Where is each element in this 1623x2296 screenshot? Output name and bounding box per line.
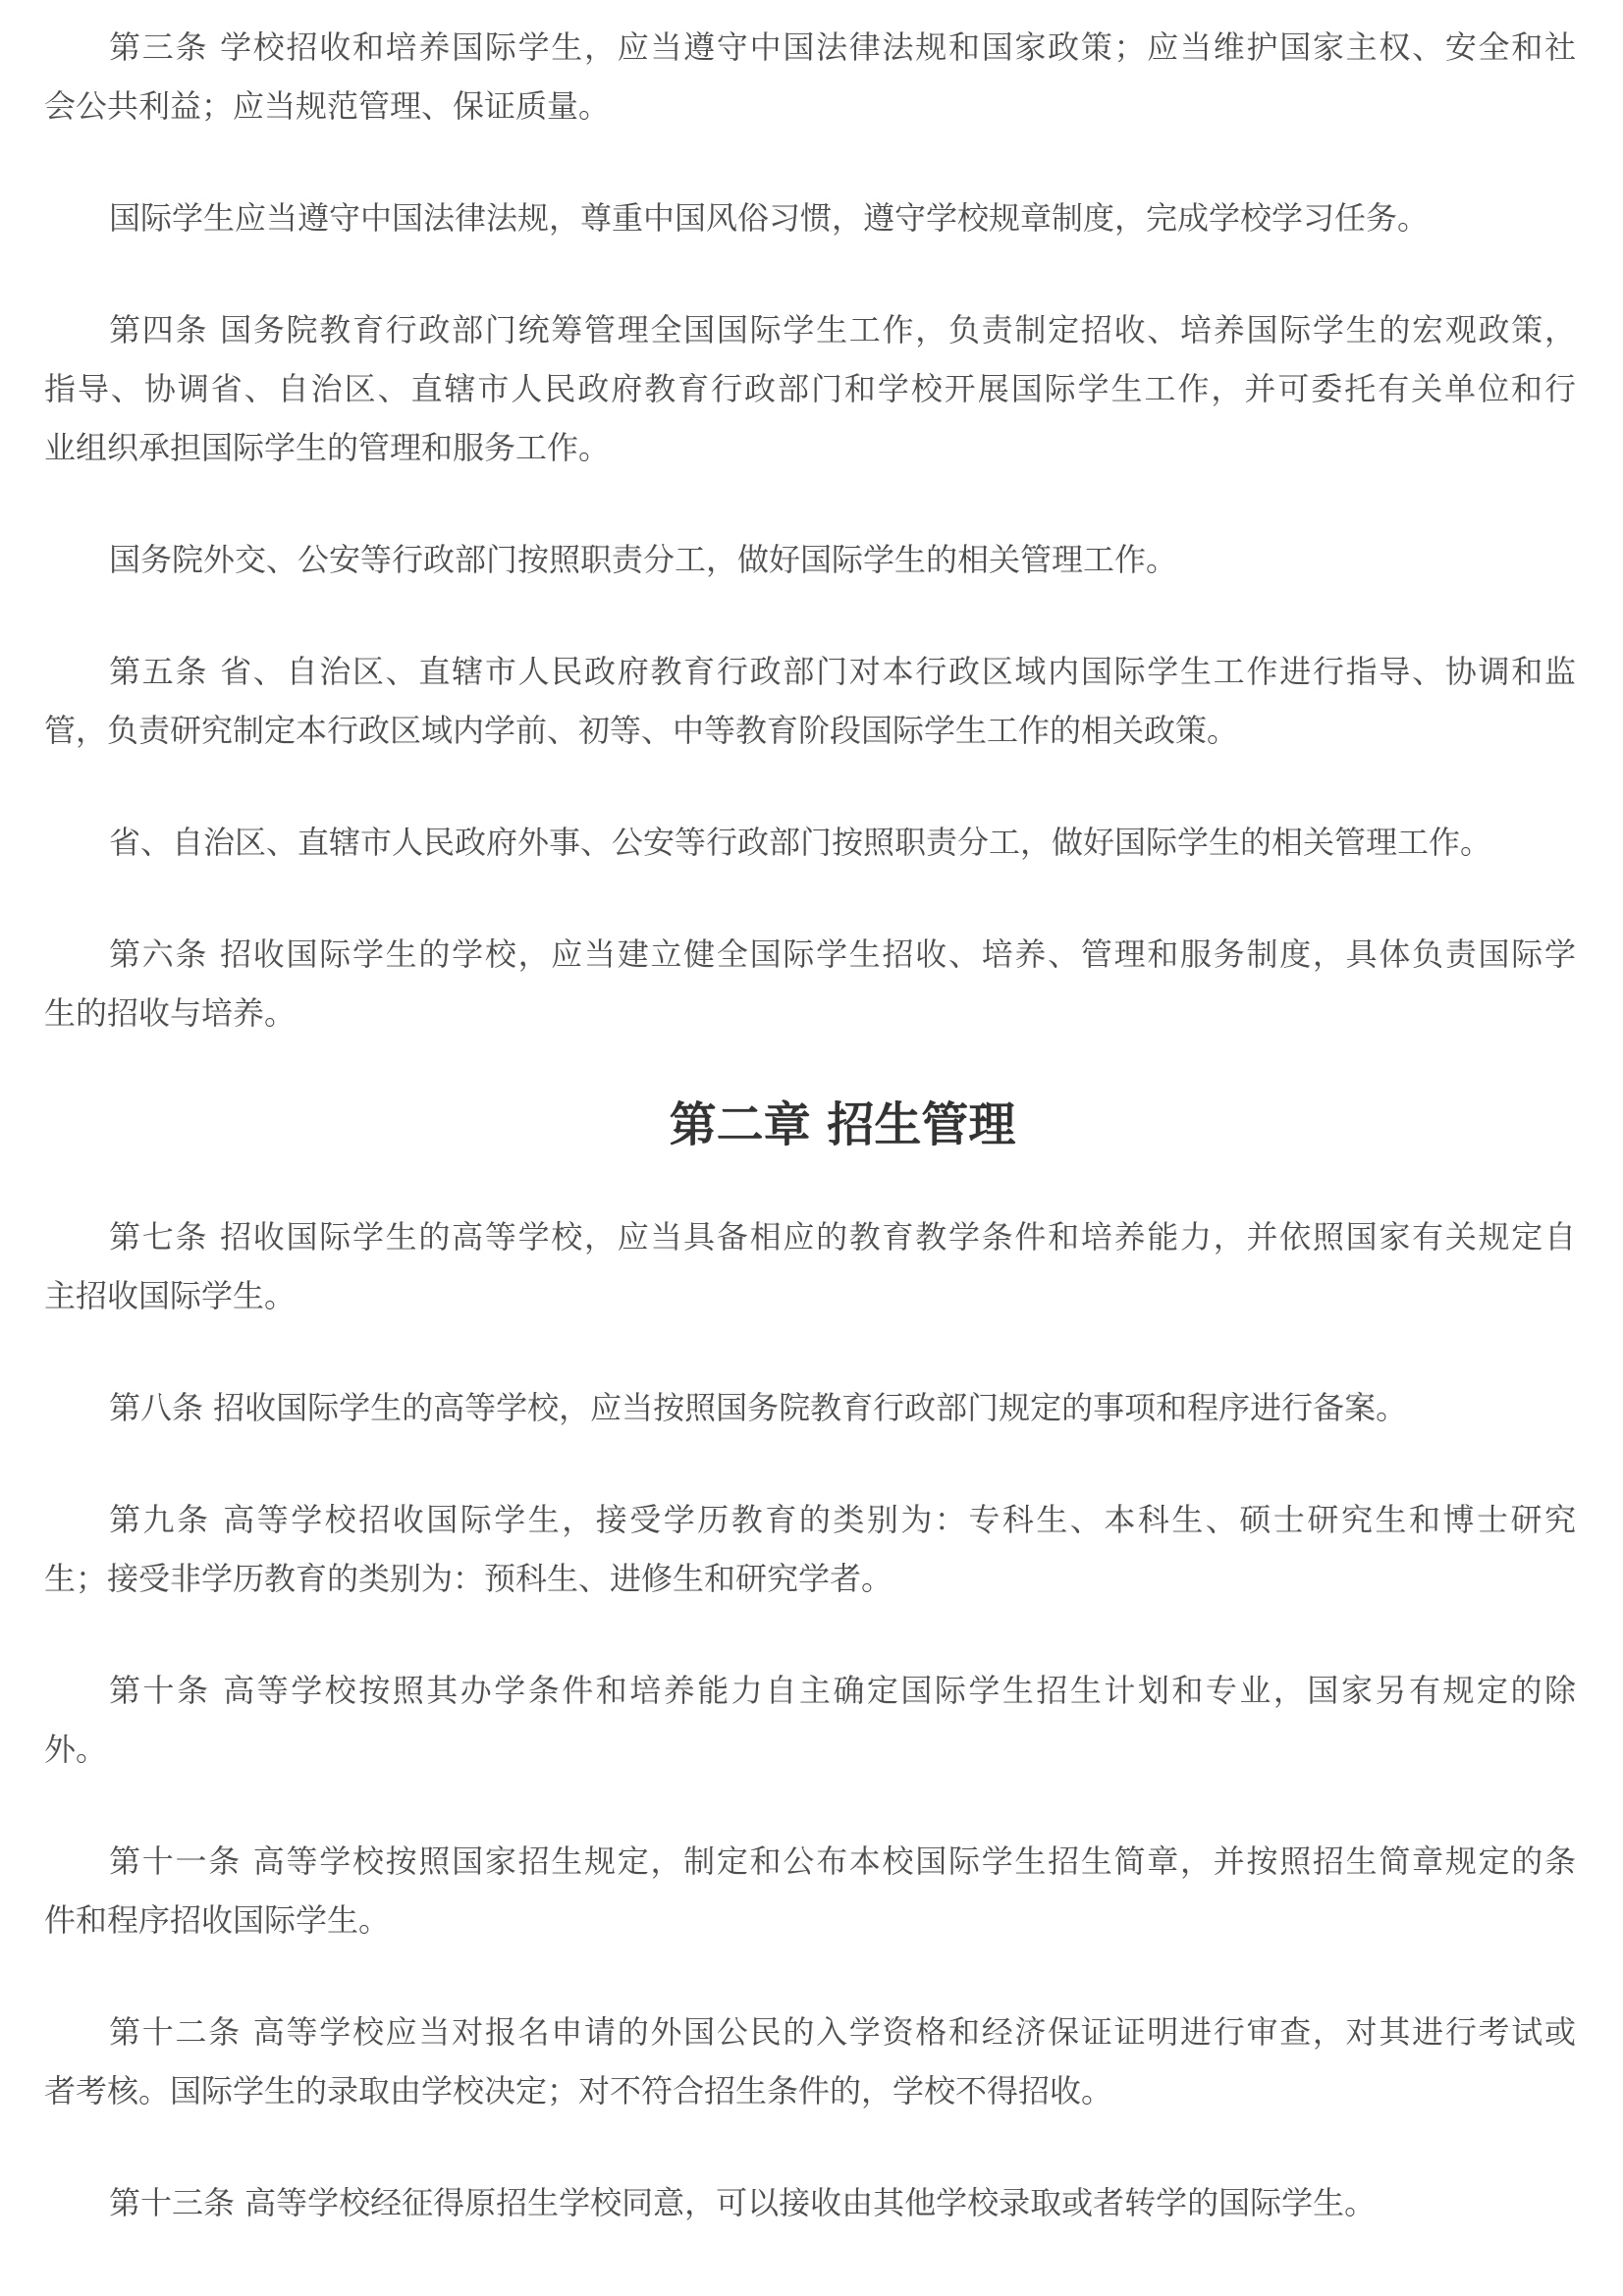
text-line: 第十三条 高等学校经征得原招生学校同意，可以接收由其他学校录取或者转学的国际学生…	[44, 2173, 1576, 2232]
article-8-paragraph: 第八条 招收国际学生的高等学校，应当按照国务院教育行政部门规定的事项和程序进行备…	[44, 1378, 1576, 1437]
text-line: 国际学生应当遵守中国法律法规，尊重中国风俗习惯，遵守学校规章制度，完成学校学习任…	[44, 188, 1576, 247]
text-line: 第六条 招收国际学生的学校，应当建立健全国际学生招收、培养、管理和服务制度，具体…	[44, 925, 1576, 984]
article-3-clause-2: 国际学生应当遵守中国法律法规，尊重中国风俗习惯，遵守学校规章制度，完成学校学习任…	[44, 188, 1576, 247]
text-line: 第八条 招收国际学生的高等学校，应当按照国务院教育行政部门规定的事项和程序进行备…	[44, 1378, 1576, 1437]
text-line: 件和程序招收国际学生。	[44, 1891, 1576, 1949]
article-3-paragraph: 第三条 学校招收和培养国际学生，应当遵守中国法律法规和国家政策；应当维护国家主权…	[44, 18, 1576, 135]
text-line: 生；接受非学历教育的类别为：预科生、进修生和研究学者。	[44, 1549, 1576, 1608]
text-line: 第十一条 高等学校按照国家招生规定，制定和公布本校国际学生招生简章，并按照招生简…	[44, 1832, 1576, 1891]
article-5-clause-2: 省、自治区、直辖市人民政府外事、公安等行政部门按照职责分工，做好国际学生的相关管…	[44, 813, 1576, 872]
text-line: 第五条 省、自治区、直辖市人民政府教育行政部门对本行政区域内国际学生工作进行指导…	[44, 642, 1576, 701]
article-10-paragraph: 第十条 高等学校按照其办学条件和培养能力自主确定国际学生招生计划和专业，国家另有…	[44, 1661, 1576, 1779]
article-4-clause-2: 国务院外交、公安等行政部门按照职责分工，做好国际学生的相关管理工作。	[44, 530, 1576, 589]
article-12-paragraph: 第十二条 高等学校应当对报名申请的外国公民的入学资格和经济保证证明进行审查，对其…	[44, 2002, 1576, 2120]
text-line: 外。	[44, 1720, 1576, 1779]
text-line: 指导、协调省、自治区、直辖市人民政府教育行政部门和学校开展国际学生工作，并可委托…	[44, 359, 1576, 418]
text-line: 省、自治区、直辖市人民政府外事、公安等行政部门按照职责分工，做好国际学生的相关管…	[44, 813, 1576, 872]
text-line: 业组织承担国际学生的管理和服务工作。	[44, 418, 1576, 477]
text-line: 管，负责研究制定本行政区域内学前、初等、中等教育阶段国际学生工作的相关政策。	[44, 701, 1576, 760]
text-line: 第九条 高等学校招收国际学生，接受学历教育的类别为：专科生、本科生、硕士研究生和…	[44, 1490, 1576, 1549]
article-13-paragraph: 第十三条 高等学校经征得原招生学校同意，可以接收由其他学校录取或者转学的国际学生…	[44, 2173, 1576, 2232]
text-line: 者考核。国际学生的录取由学校决定；对不符合招生条件的，学校不得招收。	[44, 2061, 1576, 2120]
article-6-paragraph: 第六条 招收国际学生的学校，应当建立健全国际学生招收、培养、管理和服务制度，具体…	[44, 925, 1576, 1042]
article-11-paragraph: 第十一条 高等学校按照国家招生规定，制定和公布本校国际学生招生简章，并按照招生简…	[44, 1832, 1576, 1949]
document-body: 第三条 学校招收和培养国际学生，应当遵守中国法律法规和国家政策；应当维护国家主权…	[44, 18, 1576, 2285]
article-9-paragraph: 第九条 高等学校招收国际学生，接受学历教育的类别为：专科生、本科生、硕士研究生和…	[44, 1490, 1576, 1608]
text-line: 第三条 学校招收和培养国际学生，应当遵守中国法律法规和国家政策；应当维护国家主权…	[44, 18, 1576, 77]
text-line: 国务院外交、公安等行政部门按照职责分工，做好国际学生的相关管理工作。	[44, 530, 1576, 589]
article-7-paragraph: 第七条 招收国际学生的高等学校，应当具备相应的教育教学条件和培养能力，并依照国家…	[44, 1207, 1576, 1325]
text-line: 生的招收与培养。	[44, 984, 1576, 1042]
chapter-heading: 第二章 招生管理	[44, 1095, 1576, 1154]
text-line: 第四条 国务院教育行政部门统筹管理全国国际学生工作，负责制定招收、培养国际学生的…	[44, 300, 1576, 359]
text-line: 第十条 高等学校按照其办学条件和培养能力自主确定国际学生招生计划和专业，国家另有…	[44, 1661, 1576, 1720]
text-line: 会公共利益；应当规范管理、保证质量。	[44, 77, 1576, 135]
text-line: 主招收国际学生。	[44, 1266, 1576, 1325]
article-5-paragraph: 第五条 省、自治区、直辖市人民政府教育行政部门对本行政区域内国际学生工作进行指导…	[44, 642, 1576, 760]
text-line: 第十二条 高等学校应当对报名申请的外国公民的入学资格和经济保证证明进行审查，对其…	[44, 2002, 1576, 2061]
article-4-paragraph: 第四条 国务院教育行政部门统筹管理全国国际学生工作，负责制定招收、培养国际学生的…	[44, 300, 1576, 477]
text-line: 第七条 招收国际学生的高等学校，应当具备相应的教育教学条件和培养能力，并依照国家…	[44, 1207, 1576, 1266]
